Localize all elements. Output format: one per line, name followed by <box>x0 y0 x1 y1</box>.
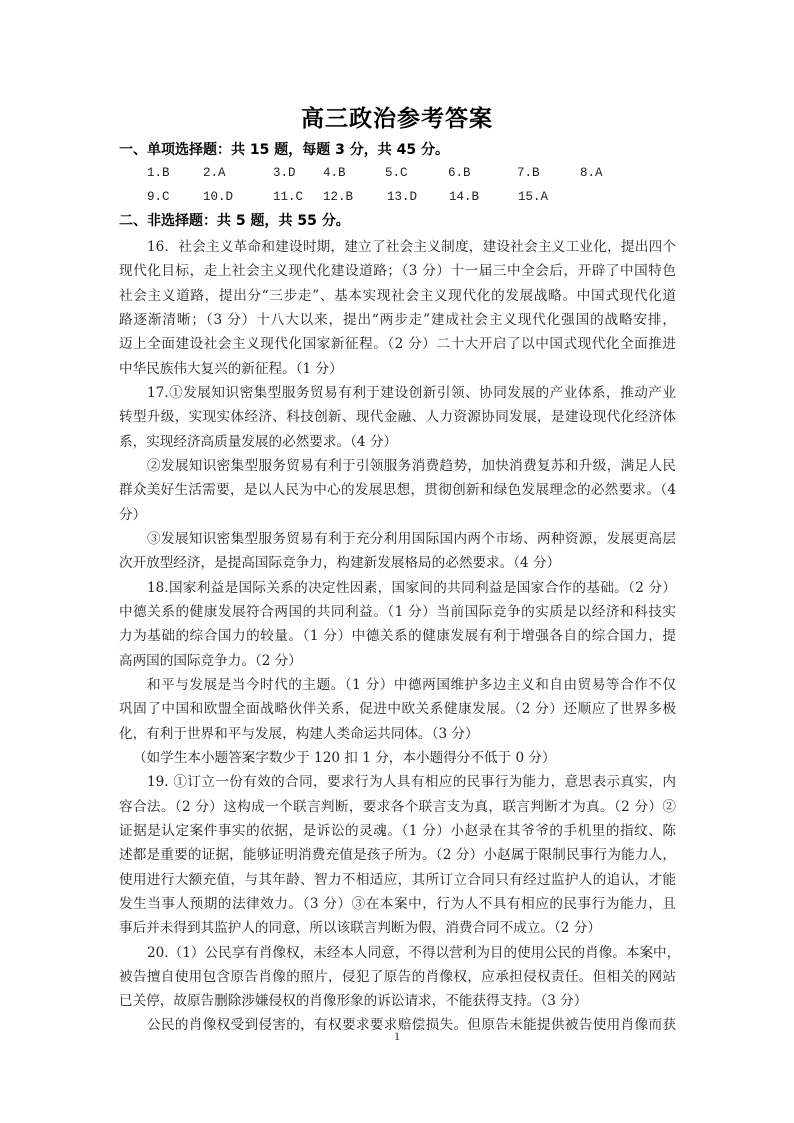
q20-line: 20.（1）公民享有肖像权，未经本人同意，不得以营利为目的使用公民的肖像。本案中… <box>147 944 676 962</box>
q19-line: 证据是认定案件事实的依据，是诉讼的灵魂。（1 分）小赵录在其爷爷的手机里的指纹、… <box>119 822 676 840</box>
q18-line: 力为基础的综合国力的较量。（1 分）中德关系的健康发展有利于增强各自的综合国力，… <box>119 627 676 645</box>
q19-line: 容合法。（2 分）这构成一个联言判断，要求各个联言支为真，联言判断才为真。（2 … <box>119 798 676 816</box>
answer-item: 7.B <box>517 164 540 182</box>
q16-line: 16．社会主义革命和建设时期，建立了社会主义制度，建设社会主义工业化，提出四个 <box>147 238 676 256</box>
answer-item: 12.B <box>323 188 353 206</box>
q18-line: 巩固了中国和欧盟全面战略伙伴关系，促进中欧关系健康发展。（2 分）还顺应了世界多… <box>119 700 676 718</box>
q18-scoring-note: （如学生本小题答案字数少于 120 扣 1 分，本小题得分不低于 0 分） <box>133 749 676 767</box>
answer-item: 14.B <box>449 188 479 206</box>
q16-line: 路逐渐清晰；（3 分）十八大以来，提出“两步走”建成社会主义现代化强国的战略安排… <box>119 311 676 329</box>
page-number: 1 <box>0 1029 794 1044</box>
page-title: 高三政治参考答案 <box>0 104 794 134</box>
q18-line: 中德关系的健康发展符合两国的共同利益。（1 分）当前国际竞争的实质是以经济和科技… <box>119 603 676 621</box>
q16-line: 现代化目标，走上社会主义现代化建设道路；（3 分）十一届三中全会后，开辟了中国特… <box>119 262 676 280</box>
q19-line: 发生当事人预期的法律效力。（3 分）③在本案中，行为人不具有相应的民事行为能力，… <box>119 895 676 913</box>
q17-line: ②发展知识密集型服务贸易有利于引领服务消费趋势，加快消费复苏和升级，满足人民 <box>147 457 676 475</box>
q16-line: 中华民族伟大复兴的新征程。（1 分） <box>119 360 676 378</box>
q17-line: ③发展知识密集型服务贸易有利于充分利用国际国内两个市场、两种资源，发展更高层 <box>147 530 676 548</box>
answer-item: 3.D <box>273 164 296 182</box>
q18-line: 化，有利于世界和平与发展，构建人类命运共同体。（3 分） <box>119 725 676 743</box>
q17-line: 系，实现经济高质量发展的必然要求。（4 分） <box>119 433 676 451</box>
answer-item: 4.B <box>323 164 346 182</box>
answer-item: 13.D <box>387 188 417 206</box>
q20-line: 已关停，故原告删除涉嫌侵权的肖像形象的诉讼请求，不能获得支持。（3 分） <box>119 992 676 1010</box>
q19-line: 事后并未得到其监护人的同意，所以该联言判断为假，消费合同不成立。（2 分） <box>119 919 676 937</box>
section-1-heading: 一、单项选择题：共 15 题，每题 3 分，共 45 分。 <box>119 141 449 159</box>
q19-line: 使用进行大额充值，与其年龄、智力不相适应，其所订立合同只有经过监护人的追认，才能 <box>119 871 676 889</box>
section-2-heading: 二、非选择题：共 5 题，共 55 分。 <box>119 212 350 230</box>
answer-item: 2.A <box>203 164 226 182</box>
answer-item: 9.C <box>147 188 170 206</box>
answer-item: 6.B <box>448 164 471 182</box>
q18-line: 18.国家利益是国际关系的决定性因素，国家间的共同利益是国家合作的基础。（2 分… <box>147 579 676 597</box>
q19-line: 19. ①订立一份有效的合同，要求行为人具有相应的民事行为能力，意思表示真实，内 <box>147 773 676 791</box>
answer-item: 11.C <box>273 188 303 206</box>
answer-item: 15.A <box>518 188 548 206</box>
answer-item: 1.B <box>147 164 170 182</box>
answer-item: 10.D <box>203 188 233 206</box>
q17-line: 群众美好生活需要，是以人民为中心的发展思想，贯彻创新和绿色发展理念的必然要求。（… <box>119 481 676 499</box>
q17-line: 次开放型经济，是提高国际竞争力，构建新发展格局的必然要求。（4 分） <box>119 554 676 572</box>
q17-line: 分） <box>119 506 676 524</box>
answer-item: 5.C <box>385 164 408 182</box>
q16-line: 迈上全面建设社会主义现代化国家新征程。（2 分）二十大开启了以中国式现代化全面推… <box>119 335 676 353</box>
q20-line: 被告擅自使用包含原告肖像的照片，侵犯了原告的肖像权，应承担侵权责任。但相关的网站 <box>119 968 676 986</box>
q16-line: 社会主义道路，提出分“三步走”、基本实现社会主义现代化的发展战略。中国式现代化道 <box>119 287 676 305</box>
q18-line: 高两国的国际竞争力。（2 分） <box>119 652 676 670</box>
document-page: 高三政治参考答案 一、单项选择题：共 15 题，每题 3 分，共 45 分。 1… <box>0 0 794 1123</box>
q19-line: 述都是重要的证据，能够证明消费充值是孩子所为。（2 分）小赵属于限制民事行为能力… <box>119 846 676 864</box>
q17-line: 17.①发展知识密集型服务贸易有利于建设创新引领、协同发展的产业体系，推动产业 <box>147 384 676 402</box>
answer-item: 8.A <box>580 164 603 182</box>
q18-line: 和平与发展是当今时代的主题。（1 分）中德两国维护多边主义和自由贸易等合作不仅 <box>147 676 676 694</box>
q17-line: 转型升级，实现实体经济、科技创新、现代金融、人力资源协同发展，是建设现代化经济体 <box>119 408 676 426</box>
